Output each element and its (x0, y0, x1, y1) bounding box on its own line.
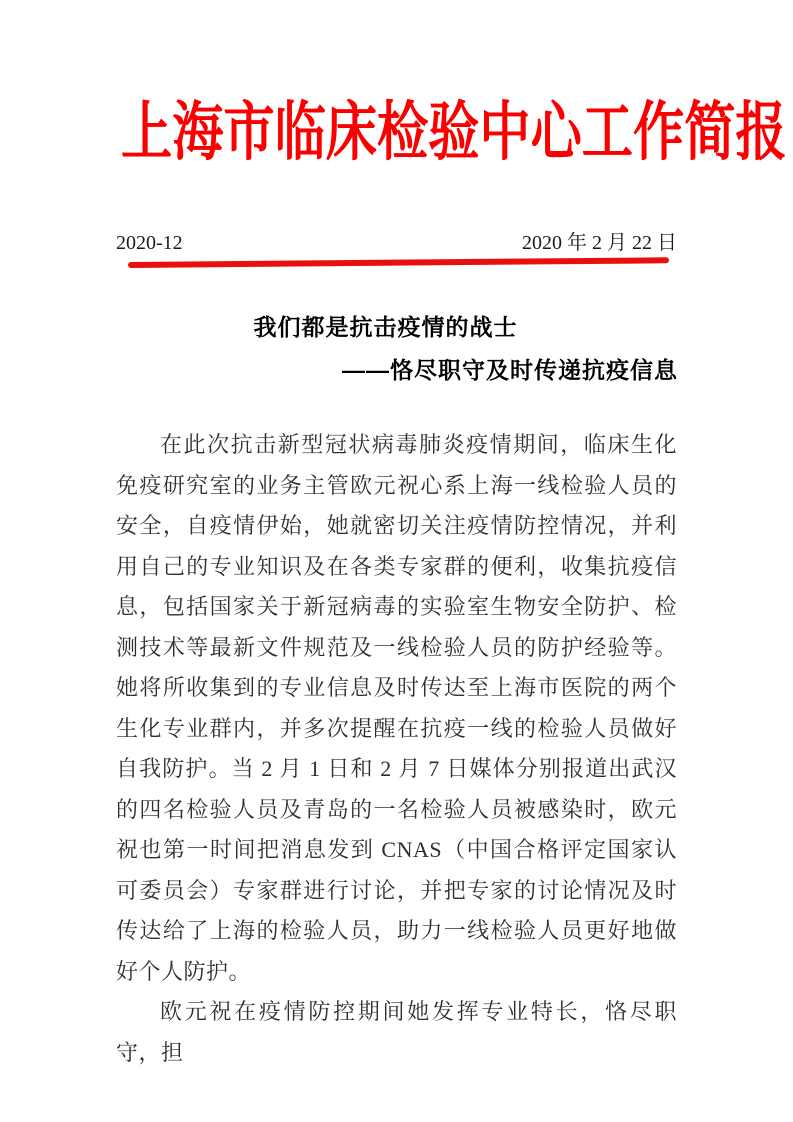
issue-number: 2020-12 (116, 231, 183, 255)
issue-date: 2020 年 2 月 22 日 (522, 231, 677, 255)
masthead-title: 上海市临床检验中心工作简报 (121, 99, 787, 167)
article-subtitle: ——恪尽职守及时传递抗疫信息 (116, 355, 678, 385)
paragraph-1: 在此次抗击新型冠状病毒肺炎疫情期间，临床生化免疫研究室的业务主管欧元祝心系上海一… (116, 425, 677, 992)
article-title: 我们都是抗击疫情的战士 (105, 312, 666, 342)
red-divider-rule (128, 257, 669, 268)
document-page: 上海市临床检验中心工作简报 2020-12 2020 年 2 月 22 日 我们… (0, 0, 793, 1122)
paragraph-2: 欧元祝在疫情防控期间她发挥专业特长，恪尽职守，担 (116, 992, 677, 1073)
article-body: 在此次抗击新型冠状病毒肺炎疫情期间，临床生化免疫研究室的业务主管欧元祝心系上海一… (116, 425, 677, 1073)
issue-row: 2020-12 2020 年 2 月 22 日 (116, 231, 677, 255)
